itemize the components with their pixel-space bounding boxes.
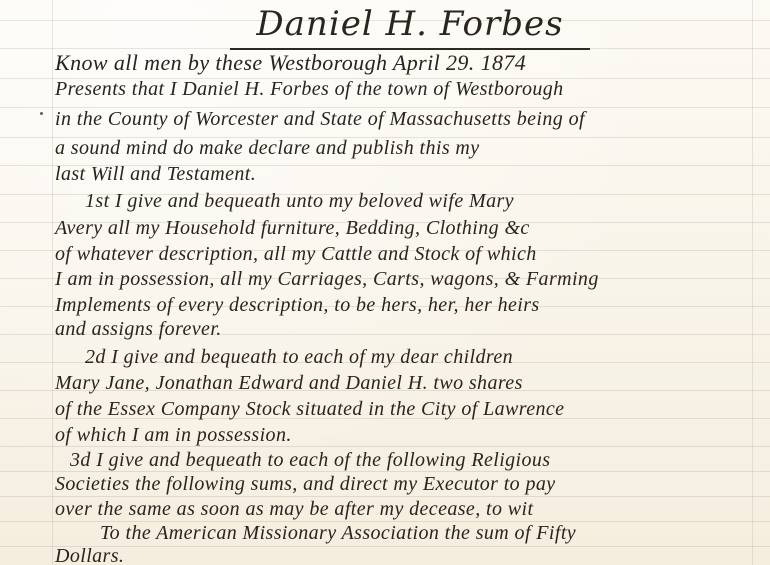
text-line: a sound mind do make declare and publish… bbox=[55, 137, 480, 160]
text-line: Societies the following sums, and direct… bbox=[55, 473, 556, 496]
ink-speck bbox=[40, 112, 43, 115]
text-line: Avery all my Household furniture, Beddin… bbox=[55, 217, 530, 240]
ruled-line bbox=[0, 496, 770, 497]
text-line: To the American Missionary Association t… bbox=[100, 522, 576, 545]
left-margin-line bbox=[52, 0, 53, 565]
text-line: I am in possession, all my Carriages, Ca… bbox=[55, 268, 599, 291]
right-margin-line bbox=[752, 0, 753, 565]
text-line: of which I am in possession. bbox=[55, 424, 292, 447]
text-line: over the same as soon as may be after my… bbox=[55, 498, 533, 521]
text-line: last Will and Testament. bbox=[55, 163, 256, 186]
text-line: 2d I give and bequeath to each of my dea… bbox=[85, 346, 513, 369]
text-line: Dollars. bbox=[55, 545, 124, 565]
text-line: Implements of every description, to be h… bbox=[55, 294, 540, 317]
text-line: in the County of Worcester and State of … bbox=[55, 108, 585, 131]
scanned-will-page: Daniel H. Forbes Know all men by these W… bbox=[0, 0, 770, 565]
text-line: Presents that I Daniel H. Forbes of the … bbox=[55, 78, 564, 101]
text-line: of whatever description, all my Cattle a… bbox=[55, 243, 537, 266]
document-heading: Daniel H. Forbes bbox=[230, 0, 590, 50]
text-line: Know all men by these Westborough April … bbox=[55, 50, 526, 76]
text-line: of the Essex Company Stock situated in t… bbox=[55, 398, 564, 421]
text-line: 3d I give and bequeath to each of the fo… bbox=[70, 449, 551, 472]
text-line: and assigns forever. bbox=[55, 318, 222, 341]
text-line: Mary Jane, Jonathan Edward and Daniel H.… bbox=[55, 372, 523, 395]
text-line: 1st I give and bequeath unto my beloved … bbox=[85, 190, 514, 213]
